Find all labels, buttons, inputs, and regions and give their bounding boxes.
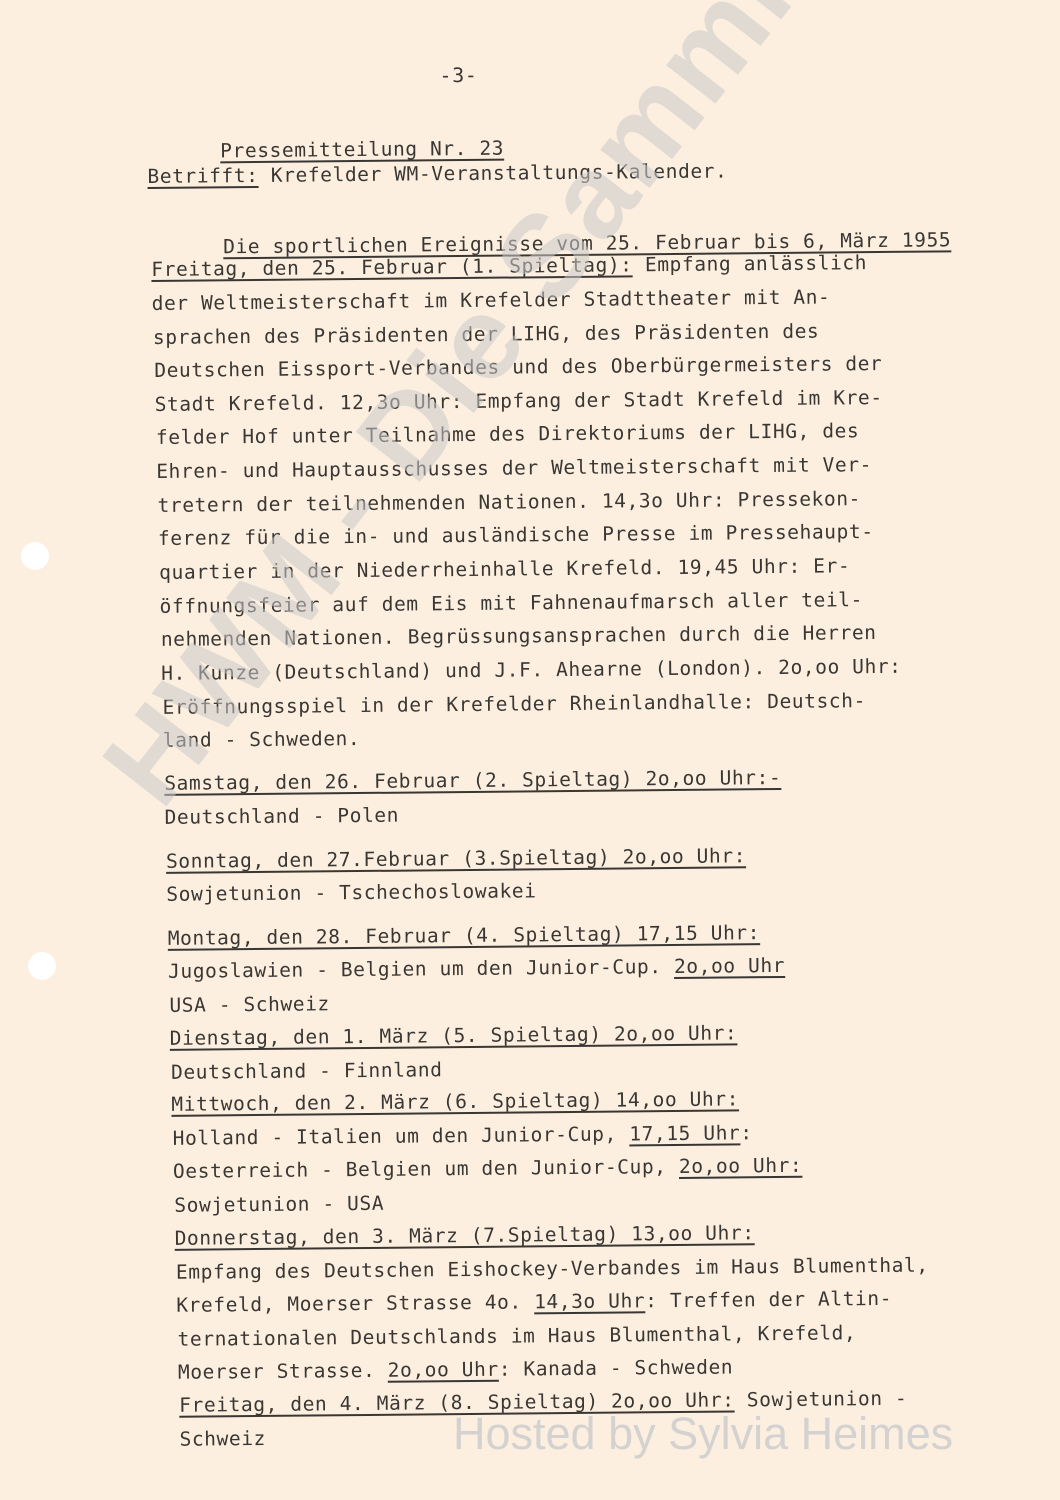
body-text: : Kanada - Schweden	[499, 1355, 734, 1380]
time-text: 2o,oo Uhr	[388, 1358, 499, 1382]
day-text: Sowjetunion -	[734, 1387, 907, 1412]
match-line: Oesterreich - Belgien um den Junior-Cup,…	[173, 1154, 803, 1184]
day-header: Sonntag, den 27.Februar (3.Spieltag) 2o,…	[166, 844, 746, 873]
day-header: Mittwoch, den 2. März (6. Spieltag) 14,o…	[171, 1087, 739, 1115]
match-text: :	[740, 1121, 753, 1144]
match-line: Holland - Italien um den Junior-Cup, 17,…	[173, 1121, 753, 1151]
match-text: Oesterreich - Belgien um den Junior-Cup,	[173, 1155, 679, 1183]
body-line: ternationalen Deutschlands im Haus Blume…	[177, 1321, 856, 1352]
match-line: USA - Schweiz	[169, 992, 330, 1018]
body-line: Deutschen Eissport-Verbandes und des Obe…	[154, 352, 882, 383]
day-header: Donnerstag, den 3. März (7.Spieltag) 13,…	[175, 1221, 755, 1250]
body-line: felder Hof unter Teilnahme des Direktori…	[156, 419, 860, 450]
body-line: öffnungsfeier auf dem Eis mit Fahnenaufm…	[159, 588, 863, 619]
body-text: Moerser Strasse.	[178, 1359, 388, 1384]
day-header: Freitag, den 25. Februar (1. Spieltag):	[151, 253, 632, 281]
subject-line: Betrifft: Krefelder WM-Veranstaltungs-Ka…	[147, 159, 727, 189]
day-7-header-line: Donnerstag, den 3. März (7.Spieltag) 13,…	[175, 1221, 755, 1251]
match-text: Jugoslawien - Belgien um den Junior-Cup.	[168, 955, 674, 983]
match-line: Sowjetunion - Tschechoslowakei	[166, 879, 536, 907]
body-line: Krefeld, Moerser Strasse 4o. 14,3o Uhr: …	[176, 1287, 892, 1318]
typewritten-sheet: -3- Pressemitteilung Nr. 23 Betrifft: Kr…	[0, 0, 1060, 1500]
body-line: ferenz für die in- und ausländische Pres…	[158, 520, 874, 551]
body-line: quartier in der Niederrheinhalle Krefeld…	[159, 554, 850, 585]
page-number: -3-	[439, 63, 477, 87]
day-5-header-line: Dienstag, den 1. März (5. Spieltag) 2o,o…	[170, 1021, 738, 1050]
body-line: Stadt Krefeld. 12,3o Uhr: Empfang der St…	[155, 386, 883, 417]
match-line: Sowjetunion - USA	[174, 1192, 384, 1218]
body-line: sprachen des Präsidenten der LIHG, des P…	[153, 320, 820, 350]
subject-label: Betrifft:	[147, 164, 258, 188]
day-2-header-line: Samstag, den 26. Februar (2. Spieltag) 2…	[164, 766, 781, 796]
match-line: Jugoslawien - Belgien um den Junior-Cup.…	[168, 954, 785, 984]
title-text: Pressemitteilung Nr. 23	[220, 137, 504, 163]
time-text: 2o,oo Uhr:	[679, 1154, 803, 1178]
day-header: Dienstag, den 1. März (5. Spieltag) 2o,o…	[170, 1021, 738, 1049]
time-text: 17,15 Uhr	[629, 1121, 740, 1145]
match-text: Holland - Italien um den Junior-Cup,	[173, 1122, 630, 1149]
body-text: Krefeld, Moerser Strasse 4o.	[176, 1290, 534, 1316]
body-text: : Treffen der Altin-	[645, 1287, 892, 1312]
subject-text: Krefelder WM-Veranstaltungs-Kalender.	[258, 159, 727, 187]
match-line: Deutschland - Finnland	[171, 1058, 443, 1085]
day-3-header-line: Sonntag, den 27.Februar (3.Spieltag) 2o,…	[166, 844, 746, 874]
body-line: Empfang des Deutschen Eishockey-Verbande…	[176, 1254, 929, 1285]
document-page: -3- Pressemitteilung Nr. 23 Betrifft: Kr…	[0, 0, 1060, 1500]
body-line: Schweiz	[179, 1427, 266, 1452]
day-text: Empfang anlässlich	[632, 251, 867, 276]
body-line: Ehren- und Hauptausschusses der Weltmeis…	[156, 453, 872, 484]
body-line: land - Schweden.	[163, 727, 361, 753]
body-line: Moerser Strasse. 2o,oo Uhr: Kanada - Sch…	[178, 1355, 734, 1384]
match-line: Deutschland - Polen	[164, 804, 399, 830]
day-6-header-line: Mittwoch, den 2. März (6. Spieltag) 14,o…	[171, 1087, 739, 1116]
day-4-header-line: Montag, den 28. Februar (4. Spieltag) 17…	[168, 921, 761, 951]
time-text: 14,3o Uhr	[534, 1289, 645, 1313]
body-line: H. Kunze (Deutschland) und J.F. Ahearne …	[161, 655, 902, 686]
body-line: nehmenden Nationen. Begrüssungsansprache…	[161, 621, 877, 652]
time-text: 2o,oo Uhr	[674, 954, 785, 978]
day-header: Samstag, den 26. Februar (2. Spieltag) 2…	[164, 766, 781, 795]
body-line: tretern der teilnehmenden Nationen. 14,3…	[157, 487, 861, 518]
day-header: Freitag, den 4. März (8. Spieltag) 2o,oo…	[179, 1388, 735, 1416]
day-header: Montag, den 28. Februar (4. Spieltag) 17…	[168, 921, 761, 950]
day-8-header-line: Freitag, den 4. März (8. Spieltag) 2o,oo…	[179, 1387, 907, 1418]
body-line: der Weltmeisterschaft im Krefelder Stadt…	[152, 285, 831, 316]
body-line: Eröffnungsspiel in der Krefelder Rheinla…	[162, 689, 866, 720]
